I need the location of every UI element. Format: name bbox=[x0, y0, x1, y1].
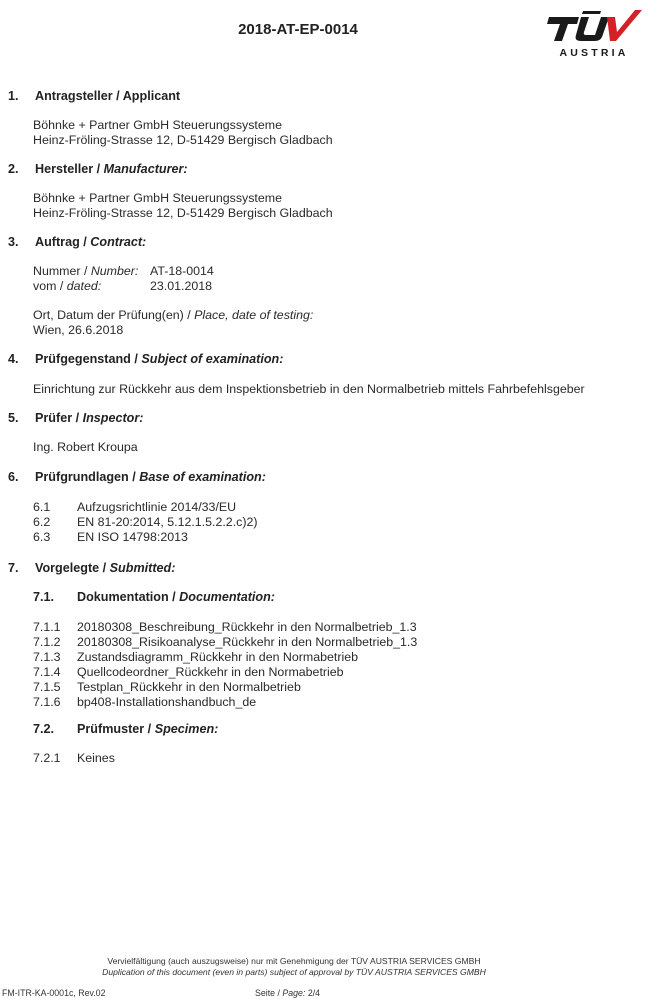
applicant-name: Böhnke + Partner GmbH Steuerungssysteme bbox=[33, 118, 282, 132]
list-item: 6.1Aufzugsrichtlinie 2014/33/EU bbox=[33, 500, 433, 515]
subject-of-examination: Einrichtung zur Rückkehr aus dem Inspekt… bbox=[33, 382, 585, 396]
manufacturer-name: Böhnke + Partner GmbH Steuerungssysteme bbox=[33, 191, 282, 205]
testing-place-value: Wien, 26.6.2018 bbox=[33, 323, 123, 337]
contract-dated-label: vom / dated: bbox=[33, 279, 101, 293]
list-item: 7.1.120180308_Beschreibung_Rückkehr in d… bbox=[33, 620, 533, 635]
list-item: 7.1.6bp408-Installationshandbuch_de bbox=[33, 695, 533, 710]
base-of-examination-list: 6.1Aufzugsrichtlinie 2014/33/EU 6.2EN 81… bbox=[33, 500, 433, 545]
document-id: 2018-AT-EP-0014 bbox=[0, 21, 596, 38]
footer-notice-en: Duplication of this document (even in pa… bbox=[0, 967, 588, 977]
inspector-name: Ing. Robert Kroupa bbox=[33, 440, 138, 454]
list-item: 7.2.1Keines bbox=[33, 751, 533, 766]
tuv-austria-logo-icon: AUSTRIA bbox=[545, 8, 643, 60]
list-item: 6.3EN ISO 14798:2013 bbox=[33, 530, 433, 545]
logo-text: AUSTRIA bbox=[559, 47, 628, 59]
list-item: 7.1.5Testplan_Rückkehr in den Normalbetr… bbox=[33, 680, 533, 695]
list-item: 6.2EN 81-20:2014, 5.12.1.5.2.2.c)2) bbox=[33, 515, 433, 530]
list-item: 7.1.3Zustandsdiagramm_Rückkehr in den No… bbox=[33, 650, 533, 665]
testing-place-label: Ort, Datum der Prüfung(en) / Place, date… bbox=[33, 308, 313, 322]
list-item: 7.1.220180308_Risikoanalyse_Rückkehr in … bbox=[33, 635, 533, 650]
specimen-list: 7.2.1Keines bbox=[33, 751, 533, 766]
form-id: FM-ITR-KA-0001c, Rev.02 bbox=[2, 988, 105, 998]
contract-number-label: Nummer / Number: bbox=[33, 264, 138, 278]
footer-notice-de: Vervielfältigung (auch auszugsweise) nur… bbox=[0, 956, 588, 966]
contract-dated-value: 23.01.2018 bbox=[150, 279, 212, 293]
list-item: 7.1.4Quellcodeordner_Rückkehr in den Nor… bbox=[33, 665, 533, 680]
page-number: Seite / Page: 2/4 bbox=[255, 988, 320, 998]
manufacturer-address: Heinz-Fröling-Strasse 12, D-51429 Bergis… bbox=[33, 206, 333, 220]
documentation-list: 7.1.120180308_Beschreibung_Rückkehr in d… bbox=[33, 620, 533, 710]
applicant-address: Heinz-Fröling-Strasse 12, D-51429 Bergis… bbox=[33, 133, 333, 147]
contract-number-value: AT-18-0014 bbox=[150, 264, 214, 278]
